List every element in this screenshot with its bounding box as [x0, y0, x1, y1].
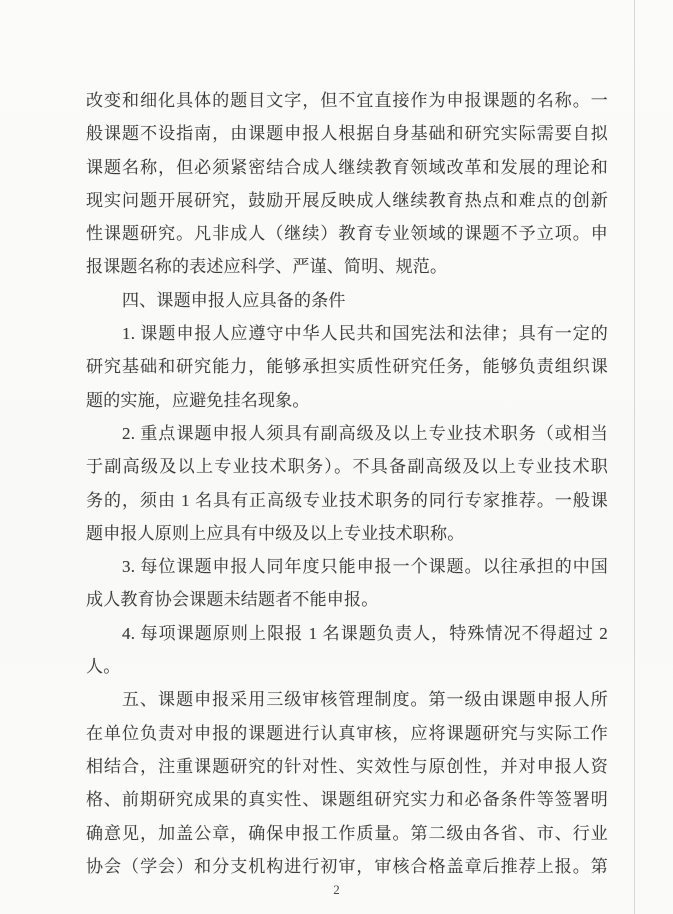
section-heading: 五、课题申报采用三级审核管理制度。第一级由课题申报人所	[86, 683, 608, 716]
document-page: 改变和细化具体的题目文字，但不宜直接作为申报课题的名称。一 般课题不设指南，由课…	[0, 0, 673, 914]
document-text-block: 改变和细化具体的题目文字，但不宜直接作为申报课题的名称。一 般课题不设指南，由课…	[86, 84, 608, 883]
page-edge-line	[634, 0, 635, 914]
text-line: 题申报人原则上应具有中级及以上专业技术职称。	[86, 517, 608, 550]
text-line: 格、前期研究成果的真实性、课题组研究实力和必备条件等签署明	[86, 783, 608, 816]
page-number: 2	[0, 882, 673, 898]
section-heading: 四、课题申报人应具备的条件	[86, 284, 608, 317]
text-line: 般课题不设指南，由课题申报人根据自身基础和研究实际需要自拟	[86, 117, 608, 150]
text-line: 相结合，注重课题研究的针对性、实效性与原创性，并对申报人资	[86, 750, 608, 783]
text-line: 确意见，加盖公章，确保申报工作质量。第二级由各省、市、行业	[86, 817, 608, 850]
text-line: 成人教育协会课题未结题者不能申报。	[86, 583, 608, 616]
text-line: 于副高级及以上专业技术职务）。不具备副高级及以上专业技术职	[86, 450, 608, 483]
text-line: 在单位负责对申报的课题进行认真审核，应将课题研究与实际工作	[86, 717, 608, 750]
text-line: 1. 课题申报人应遵守中华人民共和国宪法和法律；具有一定的	[86, 317, 608, 350]
text-line: 3. 每位课题申报人同年度只能申报一个课题。以往承担的中国	[86, 550, 608, 583]
text-line: 人。	[86, 650, 608, 683]
text-line: 2. 重点课题申报人须具有副高级及以上专业技术职务（或相当	[86, 417, 608, 450]
text-line: 报课题名称的表述应科学、严谨、简明、规范。	[86, 250, 608, 283]
text-line: 务的，须由 1 名具有正高级专业技术职务的同行专家推荐。一般课	[86, 484, 608, 517]
text-line: 协会（学会）和分支机构进行初审，审核合格盖章后推荐上报。第	[86, 850, 608, 883]
text-line: 研究基础和研究能力，能够承担实质性研究任务，能够负责组织课	[86, 350, 608, 383]
text-line: 4. 每项课题原则上限报 1 名课题负责人，特殊情况不得超过 2	[86, 617, 608, 650]
text-line: 课题名称，但必须紧密结合成人继续教育领域改革和发展的理论和	[86, 151, 608, 184]
text-line: 现实问题开展研究，鼓励开展反映成人继续教育热点和难点的创新	[86, 184, 608, 217]
text-line: 性课题研究。凡非成人（继续）教育专业领域的课题不予立项。申	[86, 217, 608, 250]
text-line: 改变和细化具体的题目文字，但不宜直接作为申报课题的名称。一	[86, 84, 608, 117]
text-line: 题的实施，应避免挂名现象。	[86, 384, 608, 417]
